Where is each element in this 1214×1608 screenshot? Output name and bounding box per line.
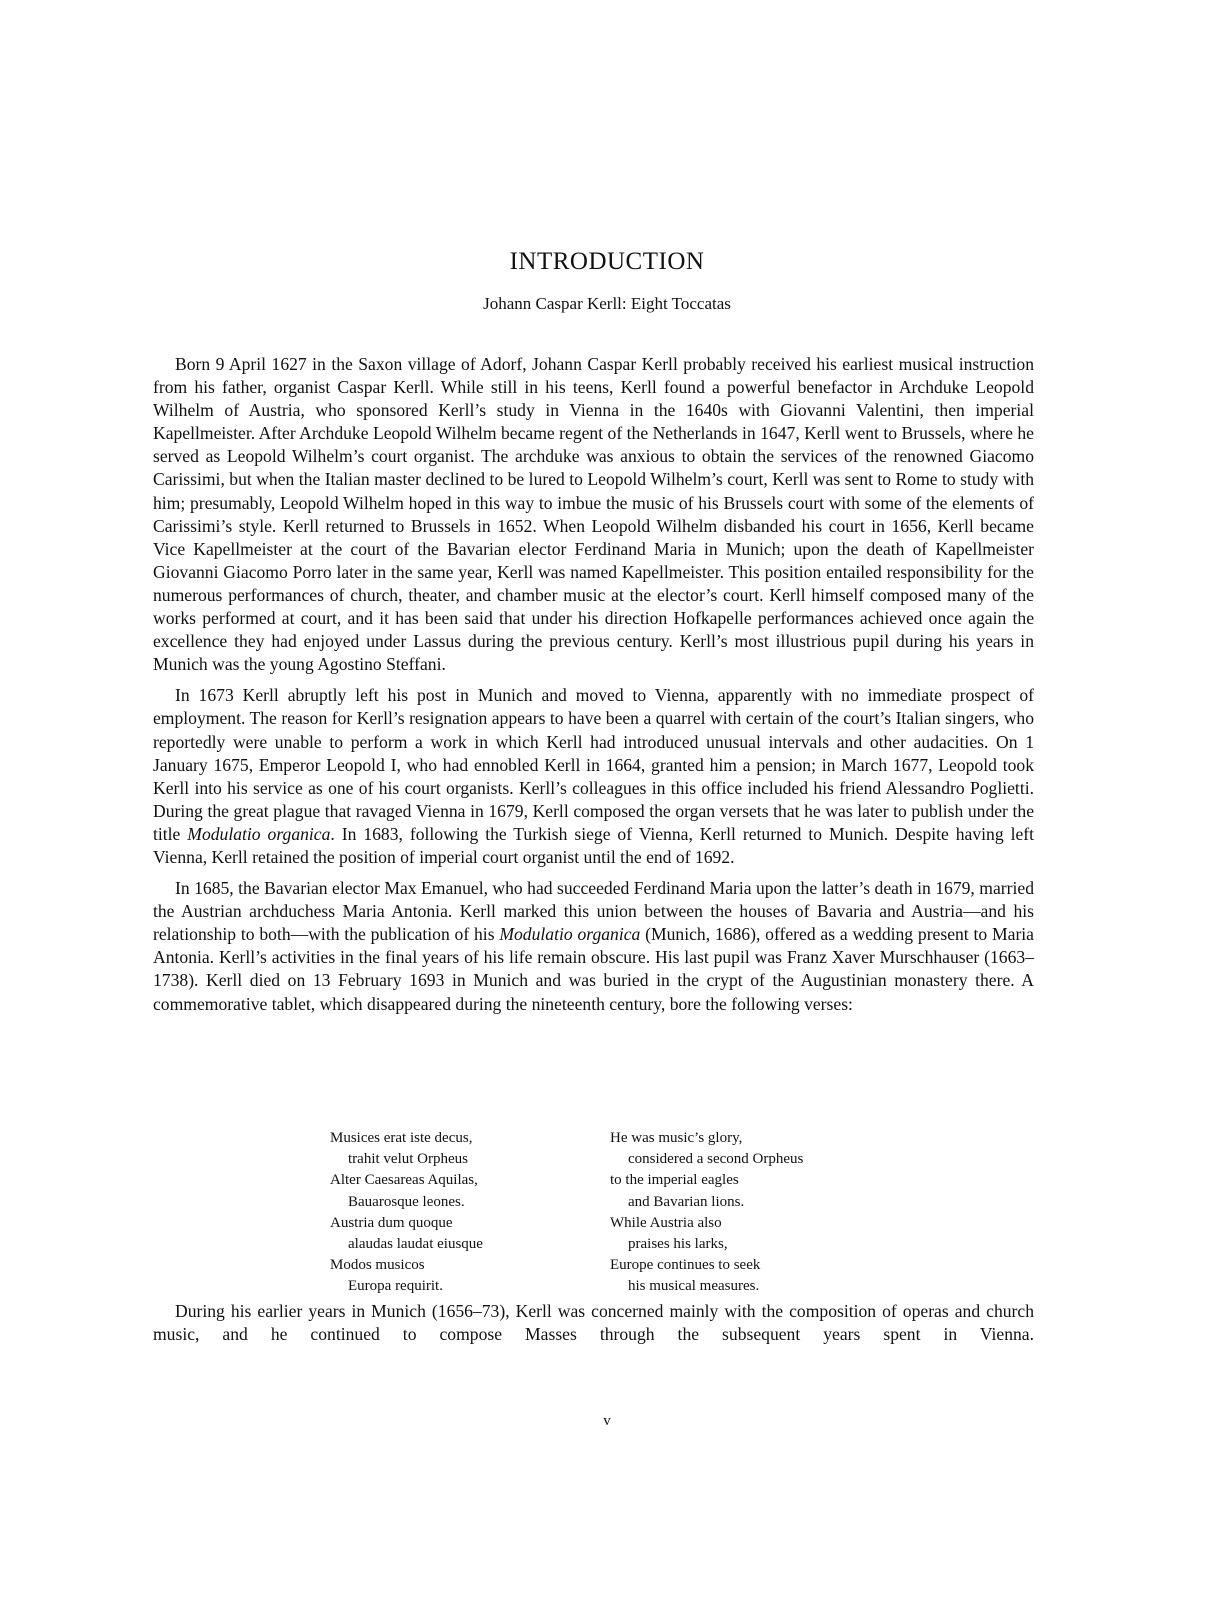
body-text: Born 9 April 1627 in the Saxon village o… bbox=[153, 353, 1034, 1024]
verse-line: considered a second Orpheus bbox=[610, 1149, 890, 1170]
verse-line: praises his larks, bbox=[610, 1234, 890, 1255]
paragraph-final-years: In 1685, the Bavarian elector Max Emanue… bbox=[153, 877, 1034, 1016]
verse-latin-column: Musices erat iste decus,trahit velut Orp… bbox=[330, 1128, 610, 1298]
page-number: v bbox=[0, 1413, 1214, 1430]
text-segment: Born 9 April 1627 in the Saxon village o… bbox=[153, 354, 1034, 674]
verse-line: While Austria also bbox=[610, 1213, 890, 1234]
verse-line: Europe continues to seek bbox=[610, 1255, 890, 1276]
verse-line: to the imperial eagles bbox=[610, 1170, 890, 1191]
paragraph-biography-early: Born 9 April 1627 in the Saxon village o… bbox=[153, 353, 1034, 676]
verse-line: Bauarosque leones. bbox=[330, 1192, 610, 1213]
closing-paragraph: During his earlier years in Munich (1656… bbox=[153, 1300, 1034, 1346]
verse-line: trahit velut Orpheus bbox=[330, 1149, 610, 1170]
verse-line: Modos musicos bbox=[330, 1255, 610, 1276]
page-title: INTRODUCTION bbox=[0, 248, 1214, 276]
italic-title: Modulatio organica bbox=[499, 924, 640, 944]
paragraph-vienna-years: In 1673 Kerll abruptly left his post in … bbox=[153, 684, 1034, 869]
verse-line: Musices erat iste decus, bbox=[330, 1128, 610, 1149]
paragraph-munich-works: During his earlier years in Munich (1656… bbox=[153, 1300, 1034, 1346]
italic-title: Modulatio organica bbox=[187, 824, 330, 844]
verse-line: Europa requirit. bbox=[330, 1276, 610, 1297]
verse-line: He was music’s glory, bbox=[610, 1128, 890, 1149]
verse-line: alaudas laudat eiusque bbox=[330, 1234, 610, 1255]
verse-line: and Bavarian lions. bbox=[610, 1192, 890, 1213]
verse-line: his musical measures. bbox=[610, 1276, 890, 1297]
verse-english-column: He was music’s glory,considered a second… bbox=[610, 1128, 890, 1298]
commemorative-verse: Musices erat iste decus,trahit velut Orp… bbox=[330, 1128, 890, 1298]
verse-line: Austria dum quoque bbox=[330, 1213, 610, 1234]
text-segment: In 1673 Kerll abruptly left his post in … bbox=[153, 685, 1034, 844]
page-subtitle: Johann Caspar Kerll: Eight Toccatas bbox=[0, 294, 1214, 314]
verse-line: Alter Caesareas Aquilas, bbox=[330, 1170, 610, 1191]
document-page: INTRODUCTION Johann Caspar Kerll: Eight … bbox=[0, 0, 1214, 1608]
